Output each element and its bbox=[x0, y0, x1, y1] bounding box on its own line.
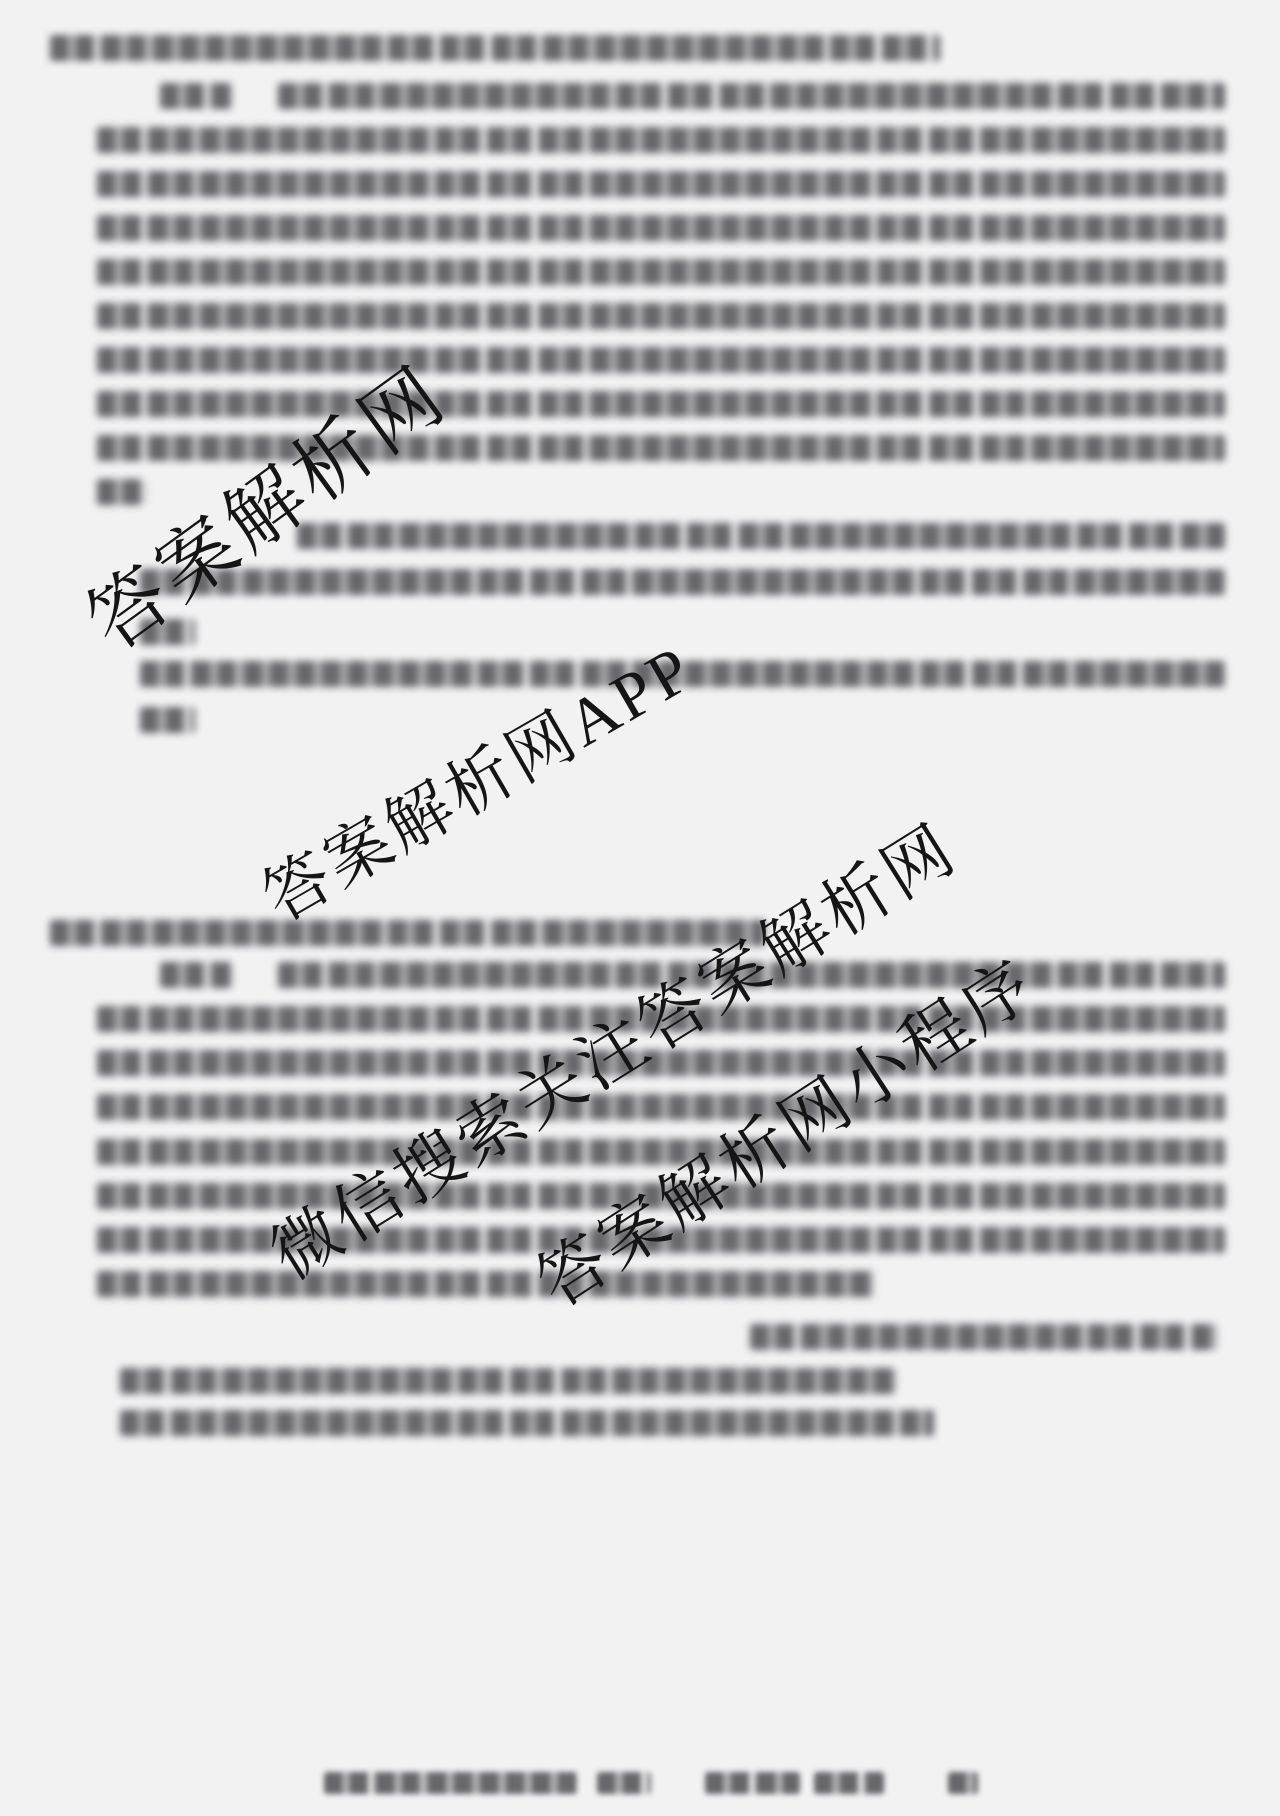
watermark-2-text: 答案解析网APP bbox=[254, 635, 705, 934]
watermark-4-text: 答案解析网小程序 bbox=[526, 948, 1046, 1319]
exam-page: 答案解析网答案解析网APP微信搜索关注答案解析网答案解析网小程序 bbox=[0, 0, 1280, 1816]
watermark-1-text: 答案解析网 bbox=[75, 354, 461, 664]
watermark-layer: 答案解析网答案解析网APP微信搜索关注答案解析网答案解析网小程序 bbox=[0, 0, 1280, 1816]
